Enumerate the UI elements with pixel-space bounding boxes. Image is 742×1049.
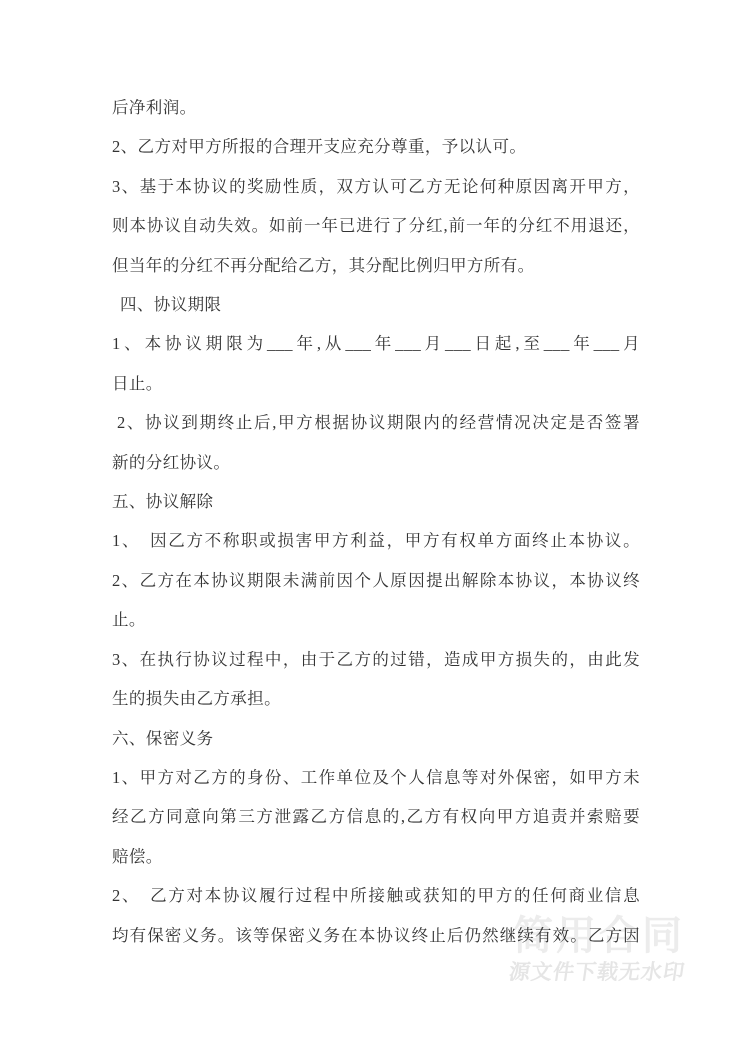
text-line: 新的分红协议。 [112,443,640,482]
section-heading: 五、协议解除 [112,482,640,521]
text-line: 日止。 [112,364,640,403]
text-line: 1、本协议期限为___年,从___年___月___日起,至___年___月 [112,324,640,363]
section-heading: 六、保密义务 [112,719,640,758]
text-line: 3、在执行协议过程中，由于乙方的过错，造成甲方损失的，由此发 [112,640,640,679]
text-line: 但当年的分红不再分配给乙方，其分配比例归甲方所有。 [112,246,640,285]
text-line: 后净利润。 [112,88,640,127]
text-line: 2、乙方在本协议期限未满前因个人原因提出解除本协议，本协议终 [112,561,640,600]
text-line: 3、基于本协议的奖励性质，双方认可乙方无论何种原因离开甲方， [112,167,640,206]
text-line: 2、乙方对甲方所报的合理开支应充分尊重，予以认可。 [112,127,640,166]
text-line: 赔偿。 [112,837,640,876]
document-page: 简用合同 源文件下载无水印 后净利润。2、乙方对甲方所报的合理开支应充分尊重，予… [0,0,742,1049]
section-heading: 四、协议期限 [120,285,640,324]
text-line: 均有保密义务。该等保密义务在本协议终止后仍然继续有效。乙方因 [112,916,640,955]
text-line: 生的损失由乙方承担。 [112,679,640,718]
text-line: 2、协议到期终止后,甲方根据协议期限内的经营情况决定是否签署 [117,403,640,442]
text-line: 1、 因乙方不称职或损害甲方利益，甲方有权单方面终止本协议。 [112,521,640,560]
contract-body: 后净利润。2、乙方对甲方所报的合理开支应充分尊重，予以认可。3、基于本协议的奖励… [112,88,640,955]
text-line: 2、 乙方对本协议履行过程中所接触或获知的甲方的任何商业信息 [112,876,640,915]
text-line: 1、甲方对乙方的身份、工作单位及个人信息等对外保密，如甲方未 [112,758,640,797]
text-line: 止。 [112,600,640,639]
text-line: 则本协议自动失效。如前一年已进行了分红,前一年的分红不用退还， [112,206,640,245]
watermark-subtitle: 源文件下载无水印 [507,961,686,985]
text-line: 经乙方同意向第三方泄露乙方信息的,乙方有权向甲方追责并索赔要 [112,797,640,836]
